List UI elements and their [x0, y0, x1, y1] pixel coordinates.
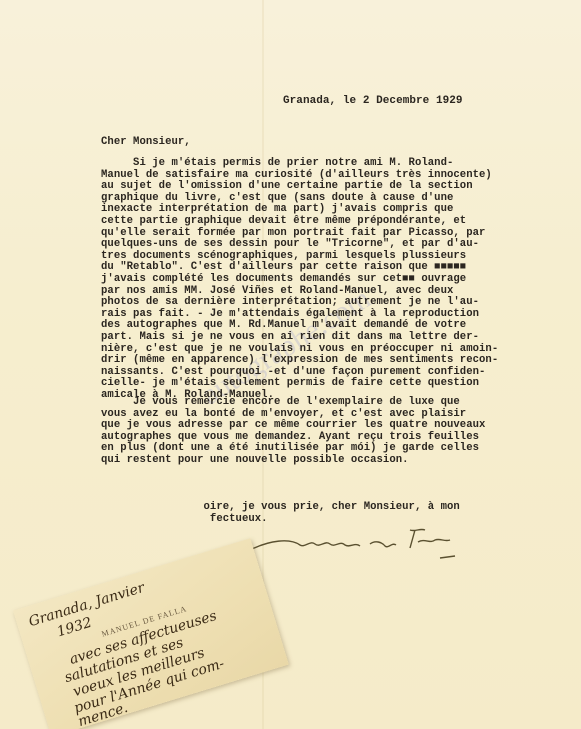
signature — [250, 520, 460, 570]
paragraph-2: Je vous remercie encore de l'exemplaire … — [101, 397, 485, 467]
salutation: Cher Monsieur, — [101, 137, 191, 149]
paragraph-1: Si je m'étais permis de prier notre ami … — [101, 158, 498, 401]
date-line: Granada, le 2 Decembre 1929 — [283, 96, 463, 108]
